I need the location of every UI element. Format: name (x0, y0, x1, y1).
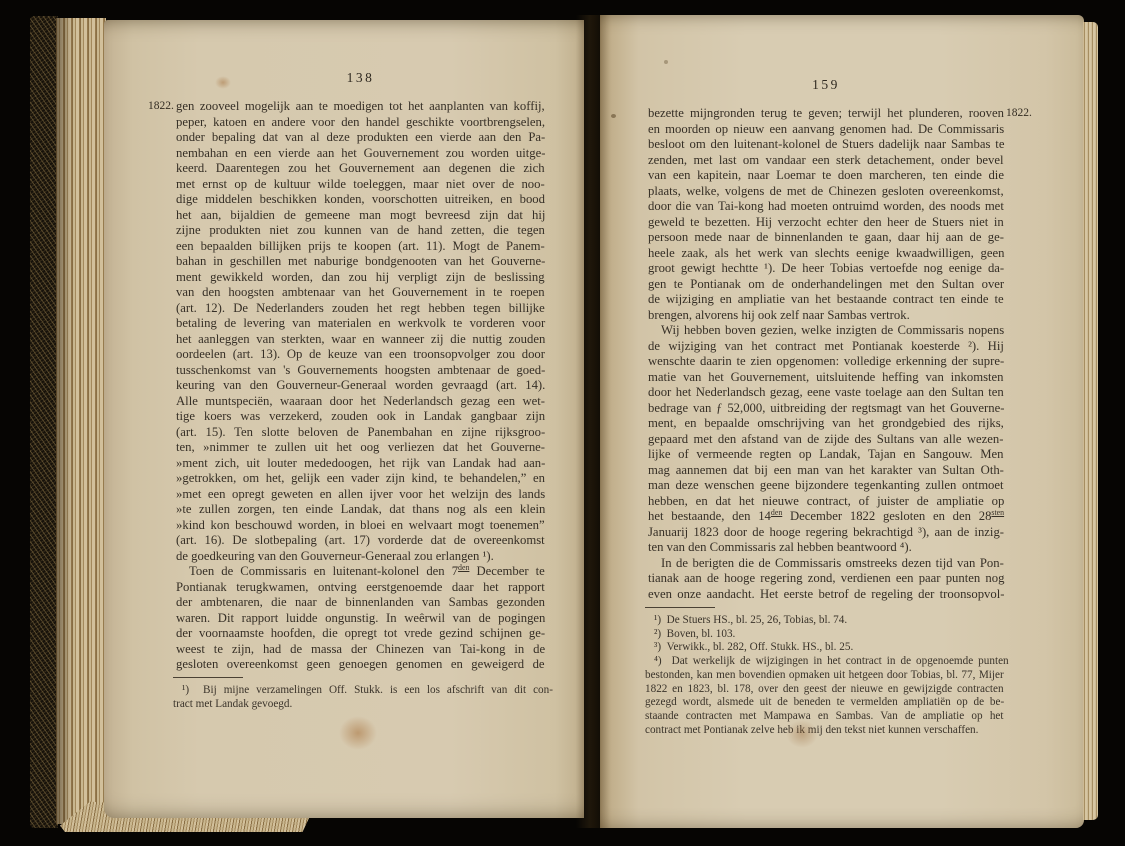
text-line: ⁴) Dat werkelijk de wijzigingen in het c… (645, 655, 1004, 669)
text-line: geweld te bezetten. Hij verzocht echter … (648, 215, 1004, 231)
text-line: bezette mijngronden terug te geven; terw… (648, 106, 1004, 122)
text-line: een bepaalden billijken prijs te koopen … (176, 239, 545, 255)
text-line: met ernst op de kultuur wilde toeleggen,… (176, 177, 545, 193)
book-cover-edge (30, 16, 58, 828)
text-line: tract met Landak gevoegd. (173, 698, 545, 712)
right-page-body-text: bezette mijngronden terug te geven; terw… (648, 106, 1004, 602)
text-line: door die van Tai-kong had moeten ontruim… (648, 199, 1004, 215)
text-line: wenschte daarin te zien opgenomen: volle… (648, 354, 1004, 370)
text-line: van den hoogsten ambtenaar van het Gouve… (176, 285, 545, 301)
text-line: keerd. Daarentegen zou het Gouvernement … (176, 161, 545, 177)
text-line: gezegd wordt, alsmede uit de beneden te … (645, 696, 1004, 710)
text-line: keuring van den Gouverneur-Generaal word… (176, 378, 545, 394)
text-line: zenden, met last om vandaar een sterk de… (648, 153, 1004, 169)
text-line: peper, katoen en andere voor den handel … (176, 115, 545, 131)
text-line: hebben, en dat het nieuwe contract, of j… (648, 494, 1004, 510)
text-line: »ment zich, uit louter mededoogen, het r… (176, 456, 545, 472)
page-edges-right (1083, 22, 1098, 820)
text-line: waren. Dit rapport luidde ongunstig. In … (176, 611, 545, 627)
text-line: dige middelen beschikken konden, voorsch… (176, 192, 545, 208)
text-line: het aanleggen van sterkten, waar en wann… (176, 332, 545, 348)
text-line: (art. 15). Ten slotte beloven de Panemba… (176, 425, 545, 441)
text-line: even onze aandacht. Het eerste betrof de… (648, 587, 1004, 603)
text-line: ment, en bepaalde omschrijving van het g… (648, 416, 1004, 432)
text-line: gen te Pontianak om de onderhandelingen … (648, 277, 1004, 293)
text-line: de wijziging en ampliatie van het bestaa… (648, 292, 1004, 308)
left-footnote-rule (173, 677, 243, 678)
text-line: tusschenkomst van 's Gouvernements hoogs… (176, 363, 545, 379)
text-line: van een kapitein, naar Loemar te doen ma… (648, 168, 1004, 184)
text-line: het bestaande, den 14den December 1822 g… (648, 509, 1004, 525)
text-line: der ambtenaren, die naar de binnenlanden… (176, 595, 545, 611)
text-line: oordeelen (art. 13). Op de keuze van een… (176, 347, 545, 363)
text-line: »kind kon beschouwd worden, in bloei en … (176, 518, 545, 534)
text-line: »getrokken, om het, gelijk een vader zij… (176, 471, 545, 487)
text-line: Pontianak terugkwamen, ontving eerstgeno… (176, 580, 545, 596)
text-line: der voornaamste hoofden, die opregt tot … (176, 626, 545, 642)
text-line: onder bepaling dat van al deze produkten… (176, 130, 545, 146)
right-margin-year: 1822. (1006, 107, 1032, 119)
page-edges-left (56, 18, 106, 824)
text-line: tianak aan de hooge regering zond, verdi… (648, 571, 1004, 587)
text-line: de wijziging van het contract met Pontia… (648, 339, 1004, 355)
text-line: staande contracten met Mampawa en Sambas… (645, 710, 1004, 724)
right-page-number: 159 (648, 77, 1004, 93)
text-line: bedrage van ƒ 52,000, uitbreiding der re… (648, 401, 1004, 417)
left-page: 138 1822. gen zooveel mogelijk aan te mo… (104, 20, 584, 818)
text-line: brengen, alvorens hij ook zelf naar Samb… (648, 308, 1004, 324)
text-line: door het Nederlandsch gezag, eene vaste … (648, 385, 1004, 401)
text-line: en moorden op nieuw een aanvang genomen … (648, 122, 1004, 138)
right-page: 159 1822. bezette mijngronden terug te g… (600, 15, 1084, 828)
text-line: In de berigten die de Commissaris omstre… (648, 556, 1004, 572)
text-line: ³) Verwikk., bl. 282, Off. Stukk. HS., b… (645, 641, 1004, 655)
text-line: besloot om den luitenant-kolonel de Stue… (648, 137, 1004, 153)
text-line: zijne produkten niet zou kunnen van de h… (176, 223, 545, 239)
text-line: Alle muntspeciën, waaraan door het Neder… (176, 394, 545, 410)
text-line: ²) Boven, bl. 103. (645, 628, 1004, 642)
text-line: betaling de levering van materialen en w… (176, 316, 545, 332)
text-line: plaats, welke, volgens de met de Chineze… (648, 184, 1004, 200)
text-line: (art. 12). De Nederlanders zouden het re… (176, 301, 545, 317)
text-line: mag aannemen dat bij een man van het kar… (648, 463, 1004, 479)
left-margin-year: 1822. (148, 100, 174, 112)
text-line: groot gewigt hechtte ¹). De heer Tobias … (648, 261, 1004, 277)
right-footnote-rule (645, 607, 715, 608)
text-line: heele zaak, als het werk van slechts een… (648, 246, 1004, 262)
text-line: »te zullen zorgen, ten einde Landak, dat… (176, 502, 545, 518)
text-line: ten van den Commissaris zal hebben beant… (648, 540, 1004, 556)
text-line: matie van het Gouvernement, uitsluitende… (648, 370, 1004, 386)
text-line: Toen de Commissaris en luitenant-kolonel… (176, 564, 545, 580)
text-line: persoon mede naar de binnenlanden te gaa… (648, 230, 1004, 246)
text-line: contract met Pontianak zelve heb ik mij … (645, 724, 1004, 738)
text-line: ten, »nimmer te zullen uit het oog verli… (176, 440, 545, 456)
right-page-footnotes: ¹) De Stuers HS., bl. 25, 26, Tobias, bl… (645, 614, 1004, 737)
book-photo-background: 138 1822. gen zooveel mogelijk aan te mo… (0, 0, 1125, 846)
text-line: Januarij 1823 door de hooge regering bek… (648, 525, 1004, 541)
text-line: de goedkeuring van den Gouverneur-Genera… (176, 549, 545, 565)
text-line: tige koers was verzekerd, zouden ook in … (176, 409, 545, 425)
text-line: nembahan en een vierde aan het Gouvernem… (176, 146, 545, 162)
left-page-footnotes: ¹) Bij mijne verzamelingen Off. Stukk. i… (173, 684, 545, 711)
text-line: ment gewikkeld worden, dan zou hij verpl… (176, 270, 545, 286)
text-line: »met een opregt geweten en allen ijver v… (176, 487, 545, 503)
text-line: ¹) Bij mijne verzamelingen Off. Stukk. i… (173, 684, 545, 698)
text-line: weest te zijn, had de massa der Chinezen… (176, 642, 545, 658)
text-line: (art. 16). De slotbepaling (art. 17) vor… (176, 533, 545, 549)
text-line: bahan in geschillen met naburige bondgen… (176, 254, 545, 270)
text-line: 1822 en 1823, bl. 178, over den geest de… (645, 683, 1004, 697)
text-line: Wij hebben boven gezien, welke inzigten … (648, 323, 1004, 339)
left-page-number: 138 (176, 70, 545, 86)
text-line: bestonden, kan men bovendien opmaken uit… (645, 669, 1004, 683)
text-line: gesloten overeenkomst geen genoegen geno… (176, 657, 545, 673)
text-line: ¹) De Stuers HS., bl. 25, 26, Tobias, bl… (645, 614, 1004, 628)
text-line: het aan, bijaldien de gemeene man mogt b… (176, 208, 545, 224)
text-line: man deze wenschen geene bijzondere tegen… (648, 478, 1004, 494)
text-line: lijke of vermeende regten op Landak, Taj… (648, 447, 1004, 463)
text-line: gen zooveel mogelijk aan te moedigen tot… (176, 99, 545, 115)
text-line: gepaard met den afstand van de zijde des… (648, 432, 1004, 448)
left-page-body-text: gen zooveel mogelijk aan te moedigen tot… (176, 99, 545, 673)
